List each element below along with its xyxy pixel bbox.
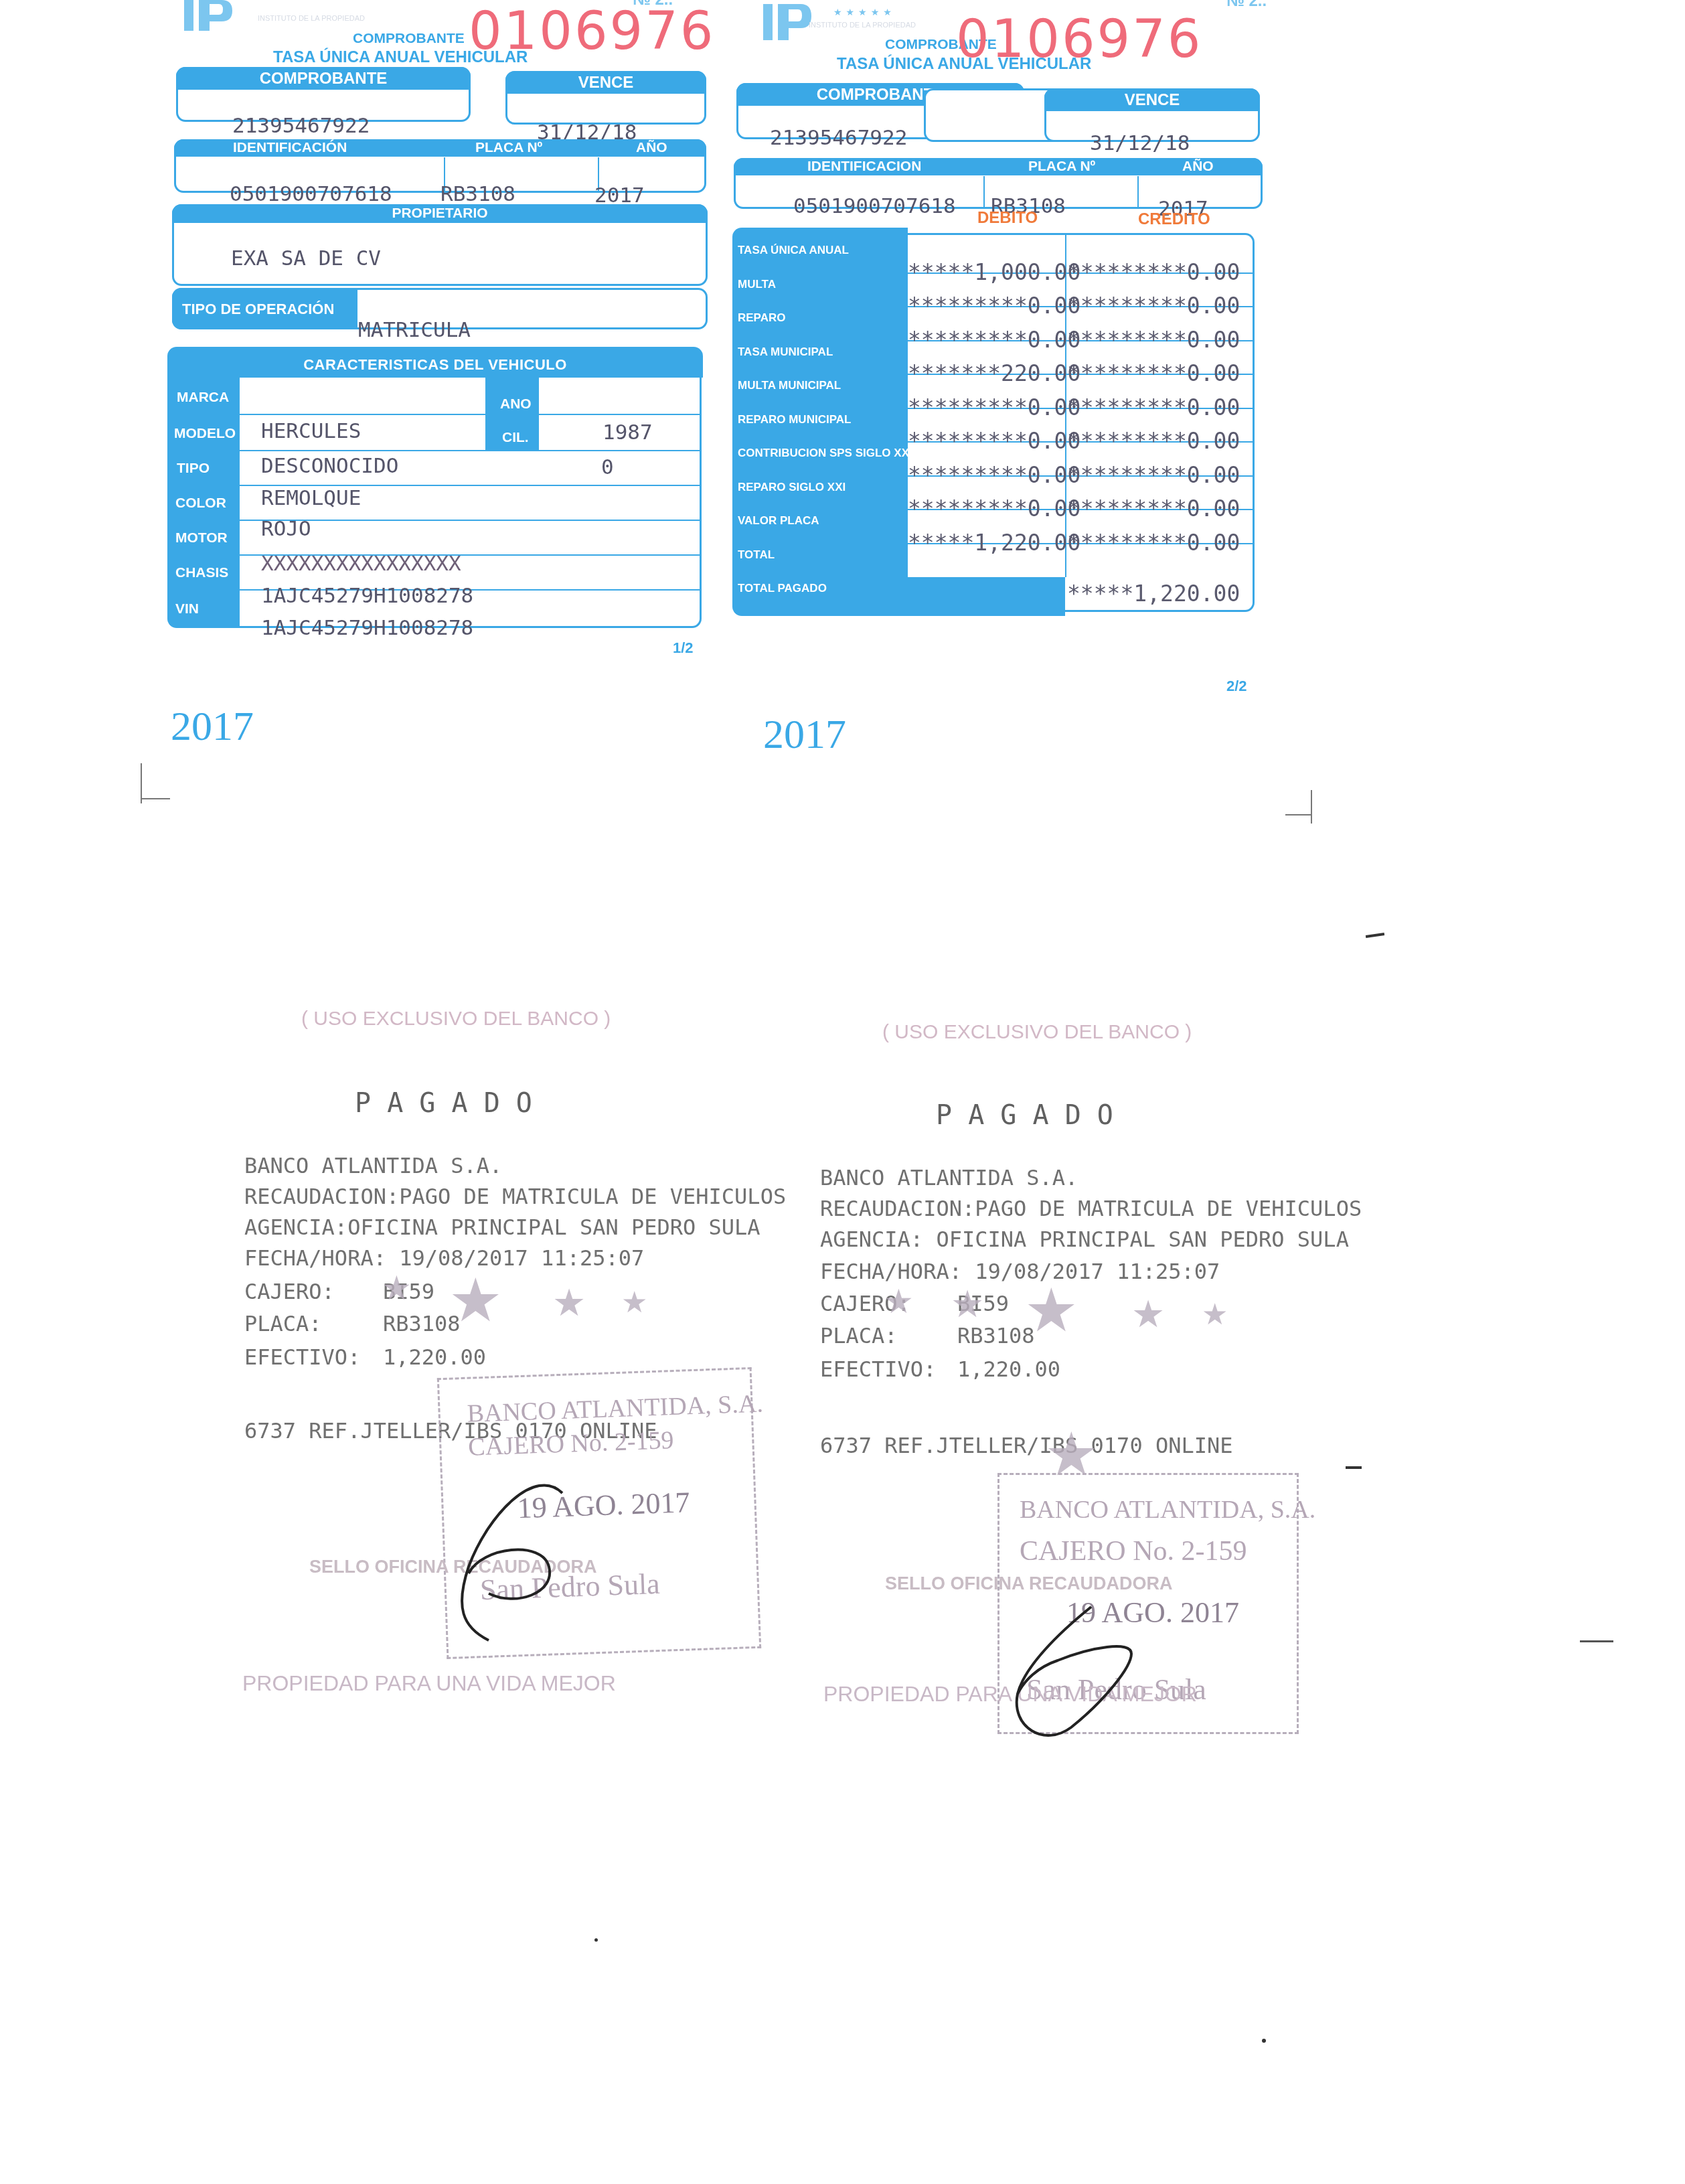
identificacion-label: IDENTIFICACIÓN — [233, 139, 347, 157]
debit-amount: *********0.00 — [908, 462, 1062, 488]
star-icon: ★ — [449, 1265, 503, 1336]
propietario-label: PROPIETARIO — [172, 204, 708, 223]
stamp-cashier: CAJERO No. 2-159 — [1020, 1535, 1247, 1567]
credit-header: CREDITO — [1138, 210, 1210, 229]
office-seal-label: SELLO OFICINA RECAUDADORA — [885, 1573, 1173, 1594]
motor-label: MOTOR — [175, 530, 228, 546]
identificacion-value: 0501900707618 — [230, 182, 392, 206]
credit-amount: *********0.00 — [1067, 462, 1222, 488]
charge-label: TASA ÚNICA ANUAL — [738, 244, 849, 257]
tipo-operacion-label: TIPO DE OPERACIÓN — [182, 301, 334, 318]
identificacion-header: IDENTIFICACIÓN PLACA Nº AÑO — [174, 139, 706, 157]
charges-table: TASA ÚNICA ANUALMULTA*****1,000.00******… — [732, 228, 1255, 616]
chasis-label: CHASIS — [175, 565, 228, 581]
chasis-value: XXXXXXXXXXXXXXXX — [261, 552, 461, 576]
debit-amount: *******220.00 — [908, 360, 1062, 386]
marca-label: MARCA — [177, 390, 229, 406]
bank-name: BANCO ATLANTIDA S.A. — [244, 1153, 502, 1178]
scan-speck — [1580, 1640, 1613, 1642]
vence-field: VENCE — [505, 71, 706, 125]
institution-caption: INSTITUTO DE LA PROPIEDAD — [809, 21, 916, 29]
star-icon: ★ — [382, 1269, 412, 1308]
placa-value: RB3108 — [440, 182, 515, 206]
recaudacion-line: RECAUDACION:PAGO DE MATRICULA DE VEHICUL… — [820, 1196, 1362, 1221]
anio-label: AÑO — [1182, 158, 1214, 175]
page-marker: 1/2 — [673, 639, 694, 657]
efectivo-label: EFECTIVO: — [244, 1344, 360, 1370]
tipo-value: DESCONOCIDO — [261, 454, 398, 478]
cil-side-value: 1987 — [603, 420, 653, 445]
paid-status: P A G A D O — [355, 1088, 532, 1119]
credit-amount: *****1,220.00 — [1067, 580, 1222, 607]
credit-amount: *********0.00 — [1067, 327, 1222, 353]
placa-label: PLACA Nº — [475, 139, 542, 157]
star-icon: ★ — [1131, 1292, 1165, 1336]
propietario-value: EXA SA DE CV — [231, 246, 381, 270]
star-row-icon: ★★★★★ — [833, 7, 896, 18]
ano-side-label: ANO — [500, 396, 532, 412]
scan-speck — [594, 1938, 598, 1942]
star-icon: ★ — [552, 1281, 586, 1325]
stamp-cashier: CAJERO No. 2-159 — [468, 1425, 675, 1462]
comprobante-value: 21395467922 — [232, 114, 370, 138]
charge-label: MULTA — [738, 278, 776, 291]
vence-value: 31/12/18 — [1090, 131, 1190, 155]
ip-logo-icon — [184, 0, 238, 33]
stamp-bank-name: BANCO ATLANTIDA, S.A. — [1020, 1495, 1315, 1525]
credit-amount: *********0.00 — [1067, 293, 1222, 319]
caracteristicas-title: CARACTERISTICAS DEL VEHICULO — [167, 356, 703, 374]
tipo-operacion-value: MATRICULA — [358, 318, 471, 342]
institution-caption: INSTITUTO DE LA PROPIEDAD — [258, 15, 365, 23]
bank-use-header: ( USO EXCLUSIVO DEL BANCO ) — [301, 1008, 611, 1030]
divider — [1137, 176, 1139, 208]
credit-amount: *********0.00 — [1067, 495, 1222, 522]
identificacion-header: IDENTIFICACION PLACA Nº AÑO — [734, 158, 1263, 175]
scan-speck — [1346, 1466, 1362, 1469]
row-divider — [539, 414, 702, 415]
modelo-label: MODELO — [174, 426, 236, 442]
color-label: COLOR — [175, 495, 226, 512]
vence-field-label: VENCE — [505, 71, 706, 94]
placa-label: PLACA: — [820, 1323, 898, 1348]
tipo-side-value: 0 — [601, 455, 614, 479]
crop-mark — [1311, 790, 1312, 824]
placa-label: PLACA Nº — [1028, 158, 1095, 175]
row-divider — [240, 414, 485, 415]
credit-amount: *********0.00 — [1067, 530, 1222, 556]
credit-amount: *********0.00 — [1067, 428, 1222, 454]
debit-amount: *********0.00 — [908, 428, 1062, 454]
reference-line: 6737 REF.JTELLER/IBS 0170 ONLINE — [820, 1433, 1233, 1458]
charge-label: REPARO MUNICIPAL — [738, 413, 851, 426]
fecha-hora-line: FECHA/HORA: 19/08/2017 11:25:07 — [244, 1245, 644, 1271]
vin-label: VIN — [175, 601, 199, 617]
debit-amount: *****1,220.00 — [908, 530, 1062, 556]
star-icon: ★ — [1202, 1298, 1228, 1332]
fecha-hora-line: FECHA/HORA: 19/08/2017 11:25:07 — [820, 1259, 1220, 1284]
charge-label: REPARO SIGLO XXI — [738, 481, 846, 494]
star-icon: ★ — [1024, 1275, 1078, 1346]
form-title: TASA ÚNICA ANUAL VEHICULAR — [273, 48, 528, 67]
vence-field-label: VENCE — [1044, 88, 1260, 111]
color-value: REMOLQUE — [261, 486, 361, 510]
charge-label: TASA MUNICIPAL — [738, 345, 833, 359]
debit-amount: *****1,000.00 — [908, 259, 1062, 285]
bank-name: BANCO ATLANTIDA S.A. — [820, 1165, 1078, 1190]
charge-label: REPARO — [738, 311, 785, 325]
vin-value: 1AJC45279H1008278 — [261, 584, 473, 608]
paid-status: P A G A D O — [936, 1100, 1113, 1131]
placa-label: PLACA: — [244, 1311, 322, 1336]
cil-side-label: CIL. — [502, 430, 529, 446]
debit-amount: *********0.00 — [908, 495, 1062, 522]
crop-mark — [141, 798, 170, 799]
propietario-field: PROPIETARIO — [172, 204, 708, 286]
scan-speck — [1366, 933, 1384, 938]
year-label: 2017 — [763, 711, 846, 759]
recaudacion-line: RECAUDACION:PAGO DE MATRICULA DE VEHICUL… — [244, 1184, 786, 1209]
stamp-bank-name: BANCO ATLANTIDA, S.A. — [467, 1389, 764, 1428]
motor-value: ROJO — [261, 517, 311, 541]
modelo-value: HERCULES — [261, 419, 361, 443]
crop-mark — [141, 763, 142, 803]
crop-mark — [1285, 814, 1311, 815]
placa-value: RB3108 — [957, 1323, 1035, 1348]
scan-speck — [1262, 2039, 1266, 2043]
agencia-line: AGENCIA: OFICINA PRINCIPAL SAN PEDRO SUL… — [820, 1227, 1349, 1252]
charge-label: TOTAL — [738, 548, 775, 562]
debit-amount: *********0.00 — [908, 293, 1062, 319]
page-marker: 2/2 — [1226, 678, 1247, 695]
charge-label: MULTA MUNICIPAL — [738, 379, 841, 392]
comprobante-field-label: COMPROBANTE — [176, 67, 471, 90]
star-icon: ★ — [951, 1282, 984, 1326]
year-label: 2017 — [171, 703, 254, 751]
star-icon: ★ — [621, 1285, 647, 1320]
divider — [983, 176, 985, 208]
charge-label: CONTRIBUCION SPS SIGLO XXI — [738, 447, 912, 460]
debit-amount: *********0.00 — [908, 327, 1062, 353]
efectivo-value: 1,220.00 — [383, 1344, 486, 1370]
bank-use-header: ( USO EXCLUSIVO DEL BANCO ) — [882, 1021, 1192, 1044]
debit-amount: *********0.00 — [908, 394, 1062, 420]
vin-extra-value: 1AJC45279H1008278 — [261, 616, 473, 640]
credit-amount: *********0.00 — [1067, 259, 1222, 285]
signature-mark — [957, 1593, 1198, 1754]
anio-label: AÑO — [636, 139, 667, 157]
agencia-line: AGENCIA:OFICINA PRINCIPAL SAN PEDRO SULA — [244, 1215, 760, 1240]
caracteristicas-table: CARACTERISTICAS DEL VEHICULO MARCA MODEL… — [167, 347, 703, 628]
signature-mark — [415, 1473, 589, 1660]
tipo-label: TIPO — [177, 461, 210, 477]
debit-header: DEBITO — [977, 209, 1038, 228]
top-fragment: № 2.. — [1226, 0, 1267, 11]
row-divider — [240, 450, 702, 451]
credit-amount: *********0.00 — [1067, 394, 1222, 420]
efectivo-value: 1,220.00 — [957, 1356, 1060, 1382]
credit-amount: *********0.00 — [1067, 360, 1222, 386]
identificacion-label: IDENTIFICACION — [807, 158, 921, 175]
form-title: TASA ÚNICA ANUAL VEHICULAR — [837, 55, 1091, 74]
identificacion-value: 0501900707618 — [793, 194, 956, 218]
star-icon: ★ — [884, 1282, 914, 1321]
comprobante-value: 21395467922 — [770, 126, 907, 150]
cajero-label: CAJERO: — [244, 1279, 335, 1304]
efectivo-label: EFECTIVO: — [820, 1356, 936, 1382]
charge-label: TOTAL PAGADO — [738, 582, 827, 595]
slogan: PROPIEDAD PARA UNA VIDA MEJOR — [242, 1671, 616, 1696]
comprobante-label: COMPROBANTE — [353, 31, 465, 47]
charge-label: VALOR PLACA — [738, 514, 819, 528]
